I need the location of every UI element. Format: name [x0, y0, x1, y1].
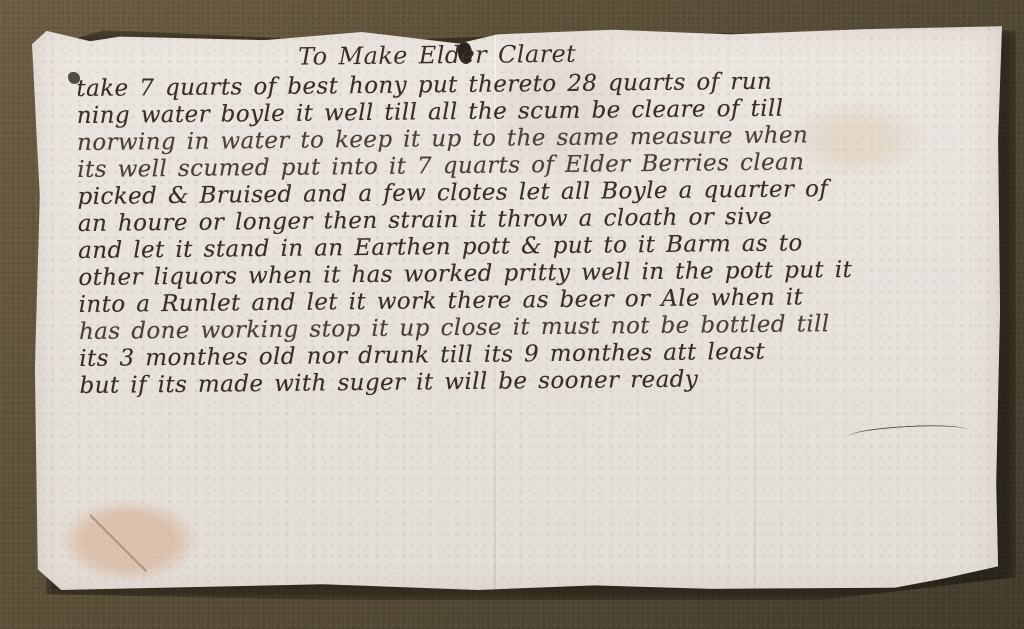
photo-stage: To Make Elder Claret take 7 quarts of be… [0, 0, 1024, 629]
manuscript-paper: To Make Elder Claret take 7 quarts of be… [32, 24, 1002, 598]
manuscript-text: To Make Elder Claret take 7 quarts of be… [76, 34, 1000, 400]
ending-flourish [848, 423, 969, 444]
paper-scratch [89, 514, 147, 572]
